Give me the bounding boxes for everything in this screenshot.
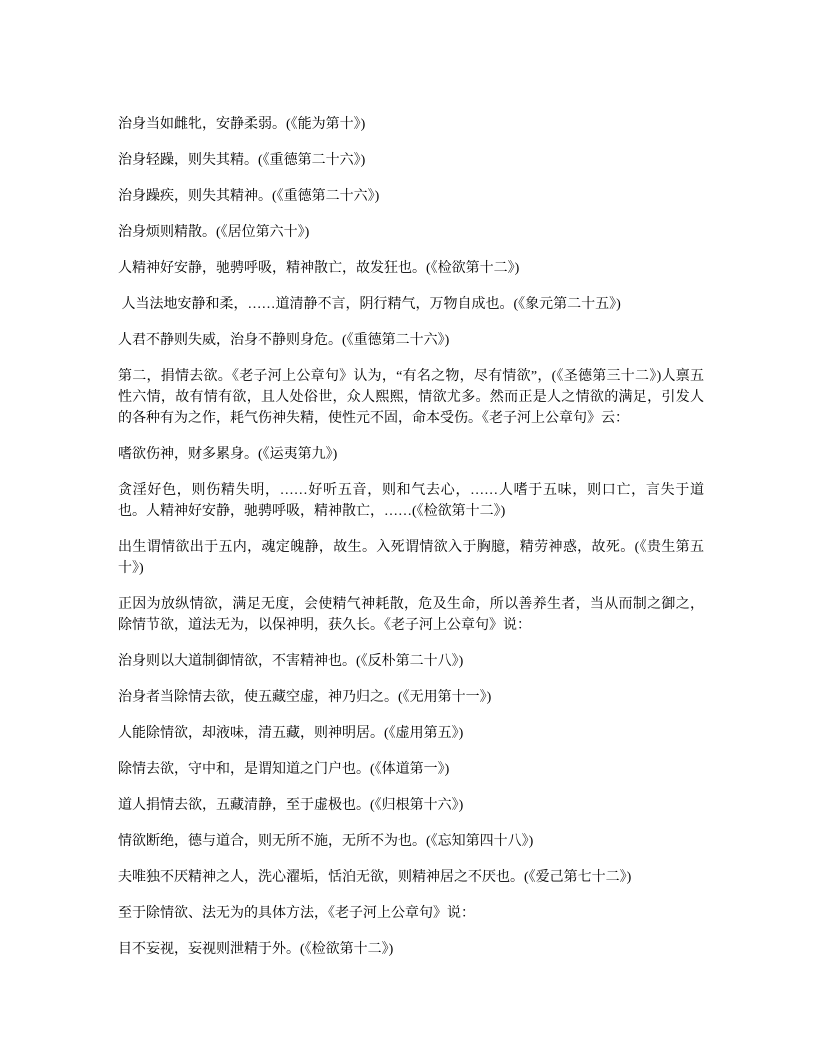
paragraph: 至于除情欲、法无为的具体方法，《老子河上公章句》说： bbox=[118, 903, 704, 924]
paragraph: 夫唯独不厌精神之人，洗心濯垢，恬泊无欲，则精神居之不厌也。(《爱己第七十二》) bbox=[118, 867, 704, 888]
paragraph: 治身躁疾，则失其精神。(《重德第二十六》) bbox=[118, 186, 704, 207]
paragraph: 治身则以大道制御情欲，不害精神也。(《反朴第二十八》) bbox=[118, 651, 704, 672]
paragraph: 人精神好安静，驰骋呼吸，精神散亡，故发狂也。(《检欲第十二》) bbox=[118, 258, 704, 279]
paragraph: 贪淫好色，则伤精失明，……好听五音，则和气去心，……人嗜于五味，则口亡，言失于道… bbox=[118, 480, 704, 522]
paragraph: 治身轻躁，则失其精。(《重德第二十六》) bbox=[118, 150, 704, 171]
paragraph: 人君不静则失威，治身不静则身危。(《重德第二十六》) bbox=[118, 330, 704, 351]
paragraph: 人能除情欲，却液味，清五藏，则神明居。(《虚用第五》) bbox=[118, 723, 704, 744]
paragraph: 人当法地安静和柔，……道清静不言，阴行精气，万物自成也。(《象元第二十五》) bbox=[118, 294, 704, 315]
paragraph: 正因为放纵情欲，满足无度，会使精气神耗散，危及生命，所以善养生者，当从而制之御之… bbox=[118, 594, 704, 636]
paragraph: 目不妄视，妄视则泄精于外。(《检欲第十二》) bbox=[118, 939, 704, 960]
paragraph: 除情去欲，守中和，是谓知道之门户也。(《体道第一》) bbox=[118, 759, 704, 780]
paragraph: 第二，捐情去欲。《老子河上公章句》认为，“有名之物，尽有情欲”，(《圣德第三十二… bbox=[118, 366, 704, 429]
paragraph: 治身者当除情去欲，使五藏空虚，神乃归之。(《无用第十一》) bbox=[118, 687, 704, 708]
paragraph: 治身烦则精散。(《居位第六十》) bbox=[118, 222, 704, 243]
paragraph: 道人捐情去欲，五藏清静，至于虚极也。(《归根第十六》) bbox=[118, 795, 704, 816]
paragraph: 出生谓情欲出于五内，魂定魄静，故生。入死谓情欲入于胸臆，精劳神惑，故死。(《贵生… bbox=[118, 537, 704, 579]
paragraph: 治身当如雌牝，安静柔弱。(《能为第十》) bbox=[118, 114, 704, 135]
document-page: 治身当如雌牝，安静柔弱。(《能为第十》) 治身轻躁，则失其精。(《重德第二十六》… bbox=[0, 0, 816, 1056]
paragraph: 情欲断绝，德与道合，则无所不施，无所不为也。(《忘知第四十八》) bbox=[118, 831, 704, 852]
paragraph: 嗜欲伤神，财多累身。(《运夷第九》) bbox=[118, 444, 704, 465]
